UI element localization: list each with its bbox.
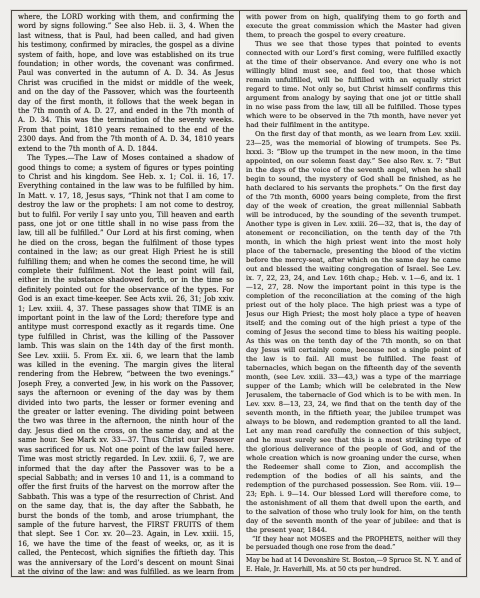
page-border-frame: where, the LORD working with them, and c… bbox=[11, 10, 467, 577]
colophon-block: “If they hear not MOSES and the PROPHETS… bbox=[246, 534, 461, 574]
imprint-divider-rule bbox=[246, 554, 461, 555]
scripture-quote: “If they hear not MOSES and the PROPHETS… bbox=[246, 536, 461, 552]
paragraph: The Types.—The Law of Moses contained a … bbox=[18, 154, 234, 574]
right-column: with power from on high, qualifying them… bbox=[239, 11, 466, 576]
scanned-page: where, the LORD working with them, and c… bbox=[0, 0, 480, 598]
right-column-text: with power from on high, qualifying them… bbox=[246, 13, 461, 534]
paragraph: with power from on high, qualifying them… bbox=[246, 13, 461, 40]
paragraph: On the first day of that month, as we le… bbox=[246, 130, 461, 534]
left-column: where, the LORD working with them, and c… bbox=[12, 11, 239, 576]
publisher-imprint: May be had at 14 Devonshire St. Boston,—… bbox=[246, 557, 461, 574]
paragraph: where, the LORD working with them, and c… bbox=[18, 13, 234, 154]
paragraph: Thus we see that those types that pointe… bbox=[246, 40, 461, 130]
left-column-text: where, the LORD working with them, and c… bbox=[18, 13, 234, 574]
